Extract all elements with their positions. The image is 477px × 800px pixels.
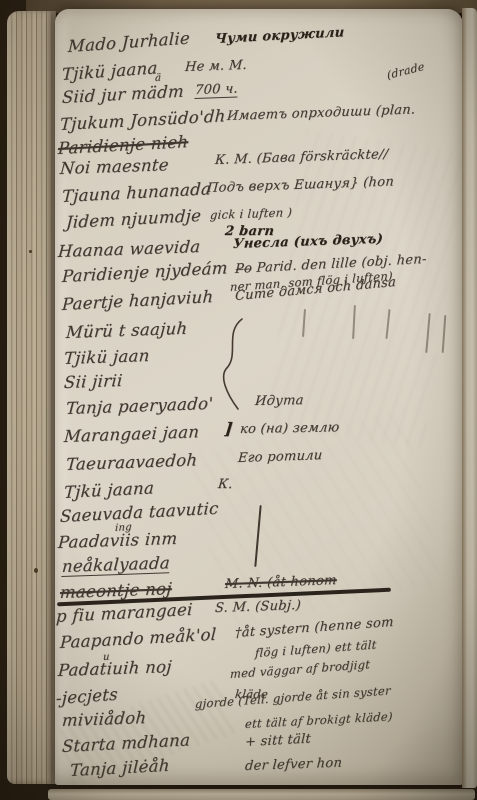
vernacular-word: -jecjets	[56, 685, 119, 708]
ink-bracket-mark: ]	[224, 419, 234, 438]
vernacular-word: Tjikü jaana	[62, 58, 158, 84]
vernacular-word: Tjukum Jonsüdo'dh	[60, 106, 227, 134]
gloss-text: ко (на) землю	[239, 420, 340, 437]
vernacular-word: Tanja paeryaado'	[65, 394, 214, 418]
vernacular-word: Jidem njuumdje	[66, 206, 202, 232]
gloss-text: Чуми окружили	[215, 25, 345, 47]
vernacular-word: Padatiuih noj	[57, 657, 172, 680]
vernacular-word: maeontje noj	[59, 579, 172, 602]
gloss-text-2: ett tält af brokigt kläde)	[245, 709, 393, 731]
gloss-text: К. М. (Бава förskräckte//	[214, 147, 388, 168]
vernacular-word: neåkalyaada	[61, 553, 170, 577]
vernacular-word: Siid jur mädm	[62, 82, 185, 107]
gloss-text: 700 ч.	[194, 81, 238, 99]
vernacular-word: Noi maesnte	[59, 155, 169, 178]
vernacular-word: Tjikü jaan	[63, 346, 150, 368]
vernacular-word: Mado Jurhalie	[68, 28, 191, 56]
gloss-text: + sitt tält	[245, 732, 312, 751]
photograph-of-manuscript: Mado JurhalieЧуми окружилиTjikü jaanaНе …	[0, 0, 477, 800]
stray-ink-mark	[302, 309, 305, 337]
superscript-insertion: ing	[115, 522, 132, 534]
vernacular-word: Sii jirii	[63, 371, 123, 392]
stray-ink-mark	[442, 315, 446, 353]
gloss-text: gjorde (Tell. gjorde åt sin syster	[195, 683, 391, 711]
vernacular-word: Tjkü jaana	[64, 478, 155, 502]
gloss-text: Не м. М.	[184, 58, 247, 75]
gloss-text: S. M. (Subj.)	[214, 598, 301, 616]
vernacular-word: Taeuraavaedoh	[65, 450, 198, 474]
gloss-text: Имаетъ опрходиши (plan.	[226, 102, 415, 124]
grouping-stroke-mark	[254, 505, 261, 567]
stray-ink-mark	[352, 305, 355, 339]
gloss-text: der lefver hon	[244, 756, 342, 774]
next-page-edge	[462, 8, 477, 788]
vernacular-word: Paridienje njydeám	[62, 258, 229, 286]
gloss-text: К.	[217, 477, 233, 492]
vernacular-word: Marangaei jaan	[63, 422, 200, 446]
stray-ink-mark	[425, 313, 430, 353]
vernacular-word: Paapando meåk'ol	[60, 625, 217, 652]
gloss-text: Идута	[254, 393, 304, 409]
book-page: Mado JurhalieЧуми окружилиTjikü jaanaНе …	[55, 9, 463, 785]
gloss-text: Подъ верхъ Ешануя} (hon	[206, 174, 394, 196]
bottom-page-edges	[48, 789, 475, 800]
ink-speck	[34, 568, 38, 573]
page-edge-stack	[7, 11, 56, 784]
vernacular-word: Paertje hanjaviuh	[62, 287, 214, 314]
vernacular-word: Tanja jilėåh	[70, 756, 171, 780]
stray-ink-mark	[385, 309, 390, 339]
gloss-text: gick i luften )	[210, 205, 293, 222]
vernacular-word: Tjauna hunanada	[62, 179, 212, 206]
gloss-text: med väggar af brodjigt	[230, 657, 371, 681]
gloss-text: M. N. (åt honom	[224, 573, 337, 592]
superscript-insertion: ä	[155, 73, 162, 84]
gloss-text-2: flög i luften) ett tält	[255, 637, 377, 660]
curly-brace-mark	[218, 317, 248, 413]
vernacular-word: Mürü t saajuh	[65, 319, 188, 342]
vernacular-word: Paridienje nieh	[58, 132, 189, 158]
ink-speck	[29, 250, 32, 253]
superscript-insertion: u	[103, 652, 110, 664]
vernacular-word: Starta mdhana	[62, 730, 191, 756]
vernacular-word: Saeuvada taavutic	[60, 499, 220, 526]
vernacular-word: Haanaa waevida	[57, 237, 201, 261]
gloss-text: Его ротили	[237, 448, 323, 466]
vernacular-word: miviiådoh	[61, 708, 147, 730]
margin-note: (drade	[386, 60, 425, 82]
